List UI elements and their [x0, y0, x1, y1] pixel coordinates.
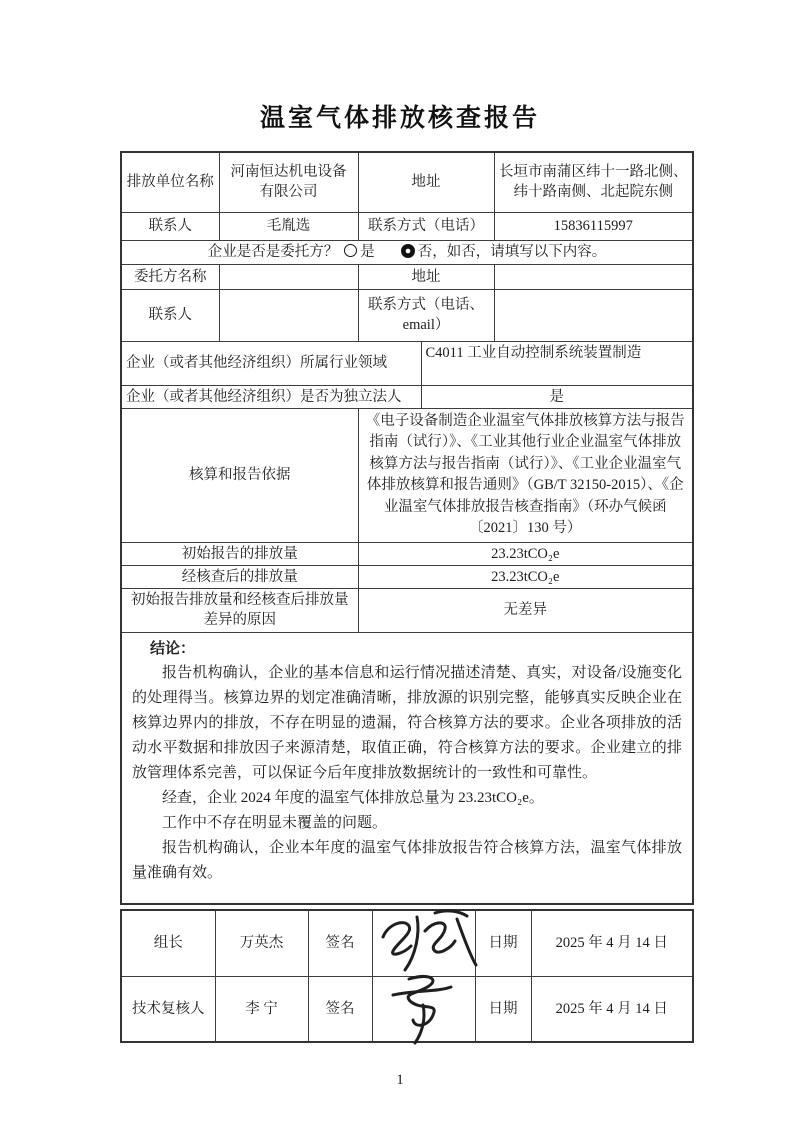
signature-scribble-icon: [375, 969, 465, 1047]
client-name-label: 委托方名称: [121, 264, 219, 289]
signer-name: 万英杰: [215, 910, 308, 976]
unit-name-value: 河南恒达机电设备有限公司: [219, 152, 358, 212]
initial-emission-value: 23.23tCO₂e: [358, 542, 693, 565]
legal-person-label: 企业（或者其他经济组织）是否为独立法人: [121, 385, 421, 408]
signature-table: 组长 万英杰 签名 日期 2025 年 4 月 14 日 技术复核人: [120, 909, 694, 1043]
verified-emission-value: 23.23tCO₂e: [358, 565, 693, 588]
signer-role: 技术复核人: [121, 976, 215, 1042]
conclusion-paragraph-4: 报告机构确认，企业本年度的温室气体排放报告符合核算方法，温室气体排放量准确有效。: [132, 836, 682, 886]
basis-label: 核算和报告依据: [121, 408, 358, 542]
client-contact-value: [219, 289, 358, 341]
signature-cell: [372, 976, 475, 1042]
report-title: 温室气体排放核查报告: [0, 0, 800, 134]
unit-name-label: 排放单位名称: [121, 152, 219, 212]
page-number: 1: [0, 1072, 800, 1089]
verified-emission-label: 经核查后的排放量: [121, 565, 358, 588]
client-phone-label: 联系方式（电话、email）: [358, 289, 494, 341]
table-row: 技术复核人 李 宁 签名 日期 2025 年 4 月 14 日: [121, 976, 693, 1042]
date-value: 2025 年 4 月 14 日: [531, 910, 693, 976]
client-phone-value: [494, 289, 693, 341]
phone-value: 15836115997: [494, 212, 693, 240]
industry-value: C4011 工业自动控制系统装置制造: [421, 341, 693, 385]
conclusion-paragraph-1: 报告机构确认，企业的基本信息和运行情况描述清楚、真实，对设备/设施变化的处理得当…: [132, 661, 682, 786]
client-contact-label: 联系人: [121, 289, 219, 341]
sign-label: 签名: [308, 976, 372, 1042]
legal-person-value: 是: [421, 385, 693, 408]
signature-scribble-icon: [375, 907, 479, 977]
phone-label: 联系方式（电话）: [358, 212, 494, 240]
report-sheet: 排放单位名称 河南恒达机电设备有限公司 地址 长垣市南蒲区纬十一路北侧、纬十路南…: [120, 151, 692, 1043]
contact-label: 联系人: [121, 212, 219, 240]
info-table: 排放单位名称 河南恒达机电设备有限公司 地址 长垣市南蒲区纬十一路北侧、纬十路南…: [120, 151, 694, 905]
signer-role: 组长: [121, 910, 215, 976]
conclusion-paragraph-2: 经查，企业 2024 年度的温室气体排放总量为 23.23tCO₂e。: [132, 786, 682, 811]
signature-cell: [372, 910, 475, 976]
radio-no-label[interactable]: 否，如否，请填写以下内容。: [418, 244, 607, 260]
client-address-value: [494, 264, 693, 289]
radio-no-icon[interactable]: [401, 244, 415, 258]
client-question-text: 企业是否是委托方？: [208, 244, 339, 260]
conclusion-heading: 结论：: [150, 639, 682, 659]
radio-yes-icon[interactable]: [344, 244, 357, 257]
date-label: 日期: [475, 910, 531, 976]
conclusion-paragraph-3: 工作中不存在明显未覆盖的问题。: [132, 811, 682, 836]
address-value: 长垣市南蒲区纬十一路北侧、纬十路南侧、北起院东侧: [494, 152, 693, 212]
industry-label: 企业（或者其他经济组织）所属行业领域: [121, 341, 421, 385]
date-label: 日期: [475, 976, 531, 1042]
table-row: 组长 万英杰 签名 日期 2025 年 4 月 14 日: [121, 910, 693, 976]
basis-value: 《电子设备制造企业温室气体排放核算方法与报告指南（试行）》、《工业其他行业企业温…: [358, 408, 693, 542]
radio-yes-label[interactable]: 是: [360, 244, 375, 260]
date-value: 2025 年 4 月 14 日: [531, 976, 693, 1042]
contact-value: 毛胤选: [219, 212, 358, 240]
conclusion-cell: 结论： 报告机构确认，企业的基本信息和运行情况描述清楚、真实，对设备/设施变化的…: [121, 632, 693, 904]
difference-value: 无差异: [358, 588, 693, 632]
client-name-value: [219, 264, 358, 289]
sign-label: 签名: [308, 910, 372, 976]
address-label: 地址: [358, 152, 494, 212]
client-address-label: 地址: [358, 264, 494, 289]
signer-name: 李 宁: [215, 976, 308, 1042]
client-question-row: 企业是否是委托方？是否，如否，请填写以下内容。: [121, 240, 693, 264]
initial-emission-label: 初始报告的排放量: [121, 542, 358, 565]
difference-label: 初始报告排放量和经核查后排放量差异的原因: [121, 588, 358, 632]
